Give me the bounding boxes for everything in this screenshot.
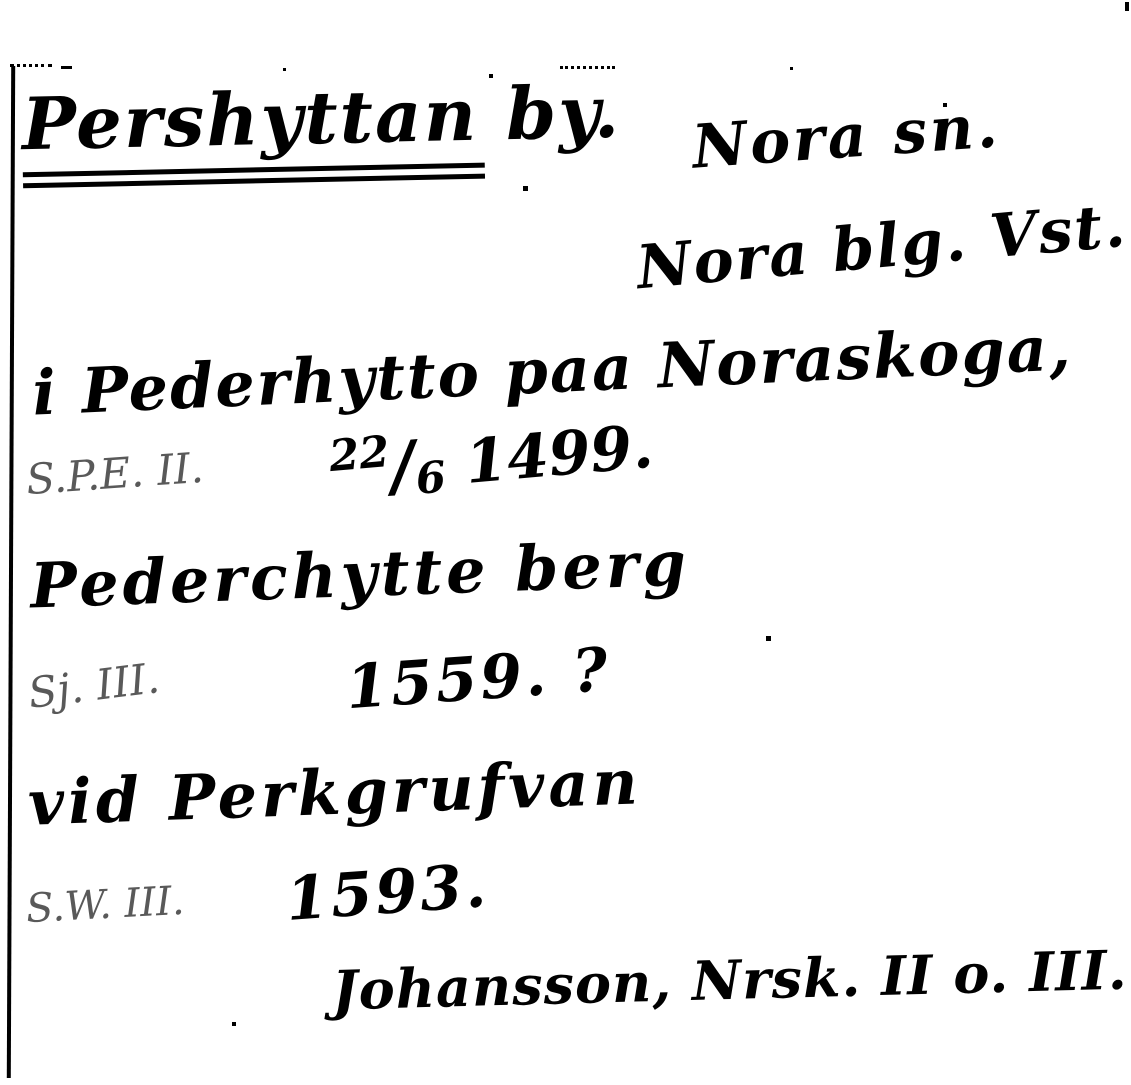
source-ref: Sj. III. xyxy=(26,656,162,716)
scan-speck xyxy=(10,64,52,67)
parish-name: Nora sn. xyxy=(690,95,1002,179)
source-ref: S.P.E. II. xyxy=(25,446,205,502)
date-day: 22 xyxy=(327,426,391,482)
entry-title: Pershyttanby. xyxy=(21,74,622,188)
scan-speck xyxy=(61,66,72,69)
record-line: vid Perkgrufvan xyxy=(27,749,642,835)
scan-speck xyxy=(232,1022,236,1026)
archive-index-card: Pershyttanby. Nora sn. Nora blg. Vst. i … xyxy=(0,0,1131,1085)
date-fraction-slash: / xyxy=(387,426,418,506)
scan-speck xyxy=(790,67,793,70)
left-margin-rule xyxy=(7,66,15,1078)
date-year: 1499. xyxy=(462,412,655,498)
source-ref: S.W. III. xyxy=(25,880,185,930)
record-line: i Pederhytto paa Noraskoga, xyxy=(31,315,1074,425)
record-date: 1559. ? xyxy=(344,639,613,720)
record-line: Pederchytte berg xyxy=(29,531,691,619)
scan-speck xyxy=(523,186,528,191)
district-name: Nora blg. Vst. xyxy=(634,195,1129,301)
scan-speck xyxy=(1125,2,1129,11)
attribution-line: Johansson, Nrsk. II o. III. xyxy=(331,942,1128,1019)
record-date: 22/6 1499. xyxy=(327,406,655,509)
entry-type-suffix: by. xyxy=(505,69,622,156)
record-date: 1593. xyxy=(284,855,491,932)
date-month: 6 xyxy=(414,451,448,504)
scan-speck xyxy=(283,68,286,71)
entry-headword: Pershyttan xyxy=(21,77,485,188)
scan-speck xyxy=(766,636,771,641)
